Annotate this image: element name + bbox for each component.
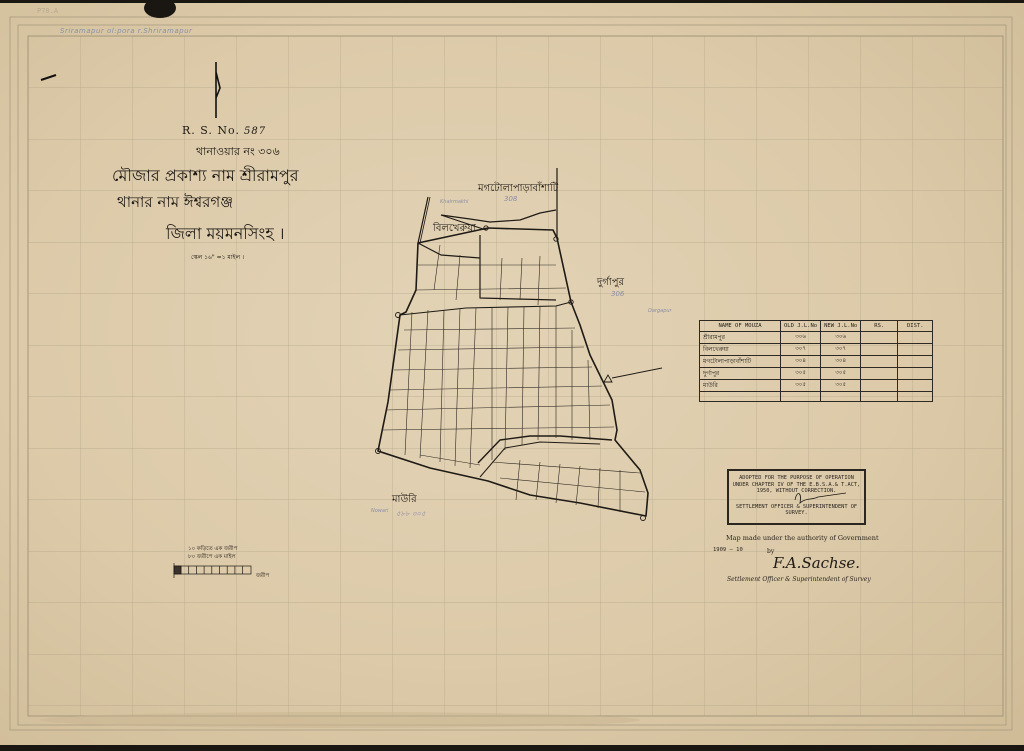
scale-unit-label: জরীপ [256,573,269,581]
scale-bar [0,0,1024,751]
map-sheet: P70.A Sriramapur ol:pora r.Shriramapur R… [0,0,1024,751]
